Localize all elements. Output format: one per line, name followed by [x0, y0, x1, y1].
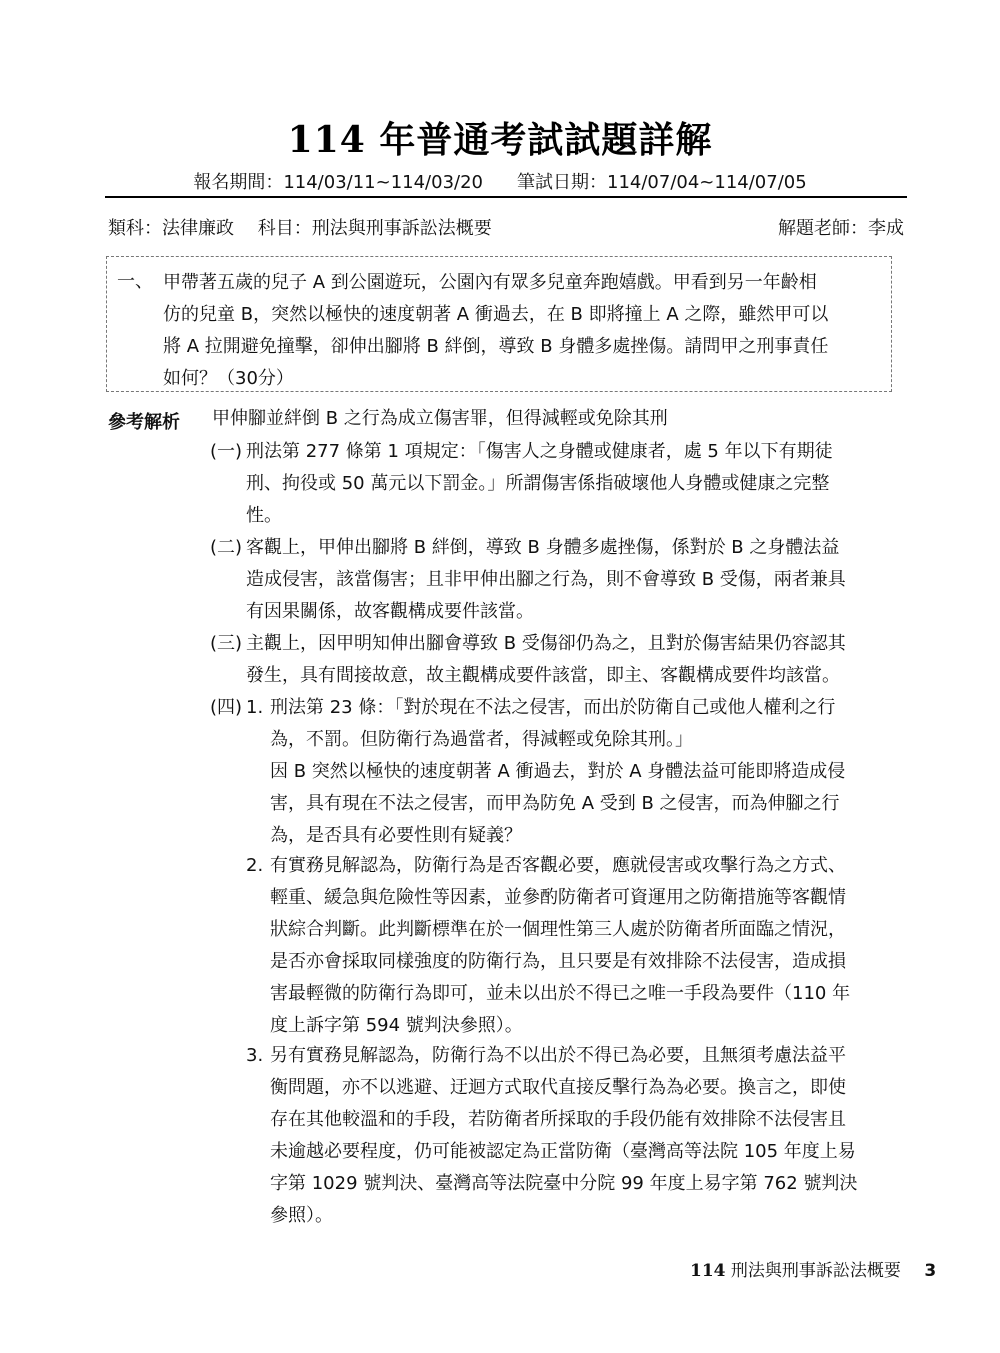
exam-category: 類科：法律廉政 [108, 218, 234, 239]
item-line: 度上訴字第 594 號判決參照）。 [270, 1015, 523, 1037]
item-line: 存在其他較溫和的手段，若防衛者所採取的手段仍能有效排除不法侵害且 [270, 1109, 846, 1131]
exam-dates: 報名期間：114/03/11~114/03/20筆試日期：114/07/04~1… [0, 168, 1000, 194]
written-exam-dates: 筆試日期：114/07/04~114/07/05 [517, 172, 807, 193]
item-number: 3. [246, 1045, 263, 1067]
section-line: 發生，具有間接故意，故主觀構成要件該當，即主、客觀構成要件均該當。 [246, 665, 840, 687]
page-footer: 114 刑法與刑事訴訟法概要 3 [690, 1256, 936, 1281]
section-line: 刑法第 277 條第 1 項規定：「傷害人之身體或健康者，處 5 年以下有期徒 [246, 441, 833, 463]
item-line: 是否亦會採取同樣強度的防衛行為，且只要是有效排除不法侵害，造成損 [270, 951, 846, 973]
section-line: 主觀上，因甲明知伸出腳會導致 B 受傷卻仍為之，且對於傷害結果仍容認其 [246, 633, 846, 655]
item-line: 刑法第 23 條：「對於現在不法之侵害，而出於防衛自己或他人權利之行 [270, 697, 835, 719]
footer-subject: 刑法與刑事訴訟法概要 [731, 1261, 901, 1281]
page-title: 114 年普通考試試題詳解 [0, 112, 1000, 163]
item-line: 輕重、緩急與危險性等因素，並參酌防衛者可資運用之防衛措施等客觀情 [270, 887, 846, 909]
registration-period: 報名期間：114/03/11~114/03/20 [193, 172, 483, 193]
question-line: 甲帶著五歲的兒子 A 到公園遊玩，公園內有眾多兒童奔跑嬉戲。甲看到另一年齡相 [163, 267, 817, 299]
question-box: 一、 甲帶著五歲的兒子 A 到公園遊玩，公園內有眾多兒童奔跑嬉戲。甲看到另一年齡… [106, 256, 892, 392]
item-line: 另有實務見解認為，防衛行為不以出於不得已為必要，且無須考慮法益平 [270, 1045, 846, 1067]
section-line: 造成侵害，該當傷害；且非甲伸出腳之行為，則不會導致 B 受傷，兩者兼具 [246, 569, 846, 591]
section-line: 有因果關係，故客觀構成要件該當。 [246, 601, 534, 623]
question-line: 仿的兒童 B，突然以極快的速度朝著 A 衝過去，在 B 即將撞上 A 之際，雖然… [163, 299, 828, 331]
item-line: 參照）。 [270, 1205, 333, 1227]
section-line: 刑、拘役或 50 萬元以下罰金。」所謂傷害係指破壞他人身體或健康之完整 [246, 473, 829, 495]
section-line: 性。 [246, 505, 282, 527]
item-line: 為，是否具有必要性則有疑義？ [270, 825, 522, 847]
section-marker: (二) [210, 537, 242, 559]
page-number: 3 [924, 1261, 936, 1281]
answer-conclusion: 甲伸腳並絆倒 B 之行為成立傷害罪，但得減輕或免除其刑 [212, 408, 668, 430]
item-line: 字第 1029 號判決、臺灣高等法院臺中分院 99 年度上易字第 762 號判決 [270, 1173, 857, 1195]
teacher-name: 解題老師：李成 [778, 214, 904, 240]
answer-label: 參考解析 [108, 408, 180, 434]
section-marker: (四) [210, 697, 242, 719]
section-marker: (一) [210, 441, 242, 463]
item-line: 有實務見解認為，防衛行為是否客觀必要，應就侵害或攻擊行為之方式、 [270, 855, 846, 877]
exam-meta: 類科：法律廉政 科目：刑法與刑事訴訟法概要 解題老師：李成 [108, 214, 904, 240]
item-number: 1. [246, 697, 263, 719]
item-line: 狀綜合判斷。此判斷標準在於一個理性第三人處於防衛者所面臨之情況， [270, 919, 846, 941]
question-line: 將 A 拉開避免撞擊，卻伸出腳將 B 絆倒，導致 B 身體多處挫傷。請問甲之刑事… [163, 331, 828, 363]
item-line: 害，具有現在不法之侵害，而甲為防免 A 受到 B 之侵害，而為伸腳之行 [270, 793, 840, 815]
item-number: 2. [246, 855, 263, 877]
section-line: 客觀上，甲伸出腳將 B 絆倒，導致 B 身體多處挫傷，係對於 B 之身體法益 [246, 537, 839, 559]
exam-subject: 科目：刑法與刑事訴訟法概要 [258, 218, 492, 239]
header-divider [105, 196, 907, 198]
item-line: 衡問題，亦不以逃避、迂迴方式取代直接反擊行為為必要。換言之，即使 [270, 1077, 846, 1099]
question-number: 一、 [117, 267, 153, 293]
item-line: 因 B 突然以極快的速度朝著 A 衝過去，對於 A 身體法益可能即將造成侵 [270, 761, 845, 783]
footer-year: 114 [690, 1261, 726, 1281]
section-marker: (三) [210, 633, 242, 655]
item-line: 未逾越必要程度，仍可能被認定為正當防衛（臺灣高等法院 105 年度上易 [270, 1141, 856, 1163]
item-line: 為，不罰。但防衛行為過當者，得減輕或免除其刑。」 [270, 729, 693, 751]
item-line: 害最輕微的防衛行為即可，並未以出於不得已之唯一手段為要件（110 年 [270, 983, 850, 1005]
question-line: 如何？（30分） [163, 363, 294, 395]
